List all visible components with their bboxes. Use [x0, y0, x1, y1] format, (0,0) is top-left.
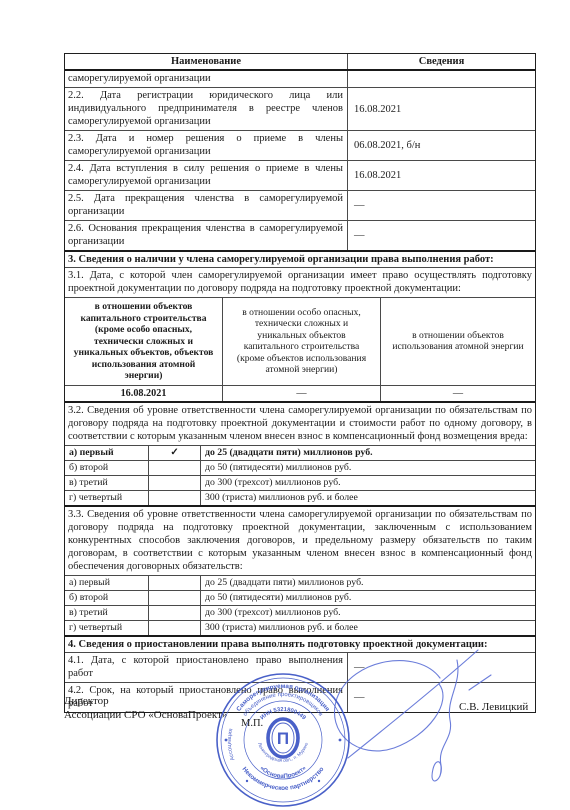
table-row: 2.2. Дата регистрации юридического лица …: [65, 87, 535, 130]
check-cell: [148, 621, 200, 635]
table-row: 2.3. Дата и номер решения о приеме в чле…: [65, 130, 535, 160]
document-page: Наименование Сведения саморегулируемой о…: [0, 0, 570, 810]
level-value: до 25 (двадцати пяти) миллионов руб.: [200, 446, 535, 460]
object-columns-value-row: 16.08.2021 — —: [65, 385, 535, 401]
row-label: 2.3. Дата и номер решения о приеме в чле…: [65, 131, 347, 160]
table-row: 2.5. Дата прекращения членства в саморег…: [65, 190, 535, 220]
check-cell: [148, 606, 200, 620]
signer-name: С.В. Левицкий: [459, 701, 528, 713]
row-value: 16.08.2021: [347, 88, 535, 130]
paragraph-3-2: 3.2. Сведения об уровне ответственности …: [65, 403, 535, 445]
svg-text:«ОсноваПроект»: «ОсноваПроект»: [258, 764, 308, 780]
row-label: 2.6. Основания прекращения членства в са…: [65, 221, 347, 250]
object-column-header: в отношении особо опасных, технически сл…: [222, 298, 380, 385]
row-label: 2.5. Дата прекращения членства в саморег…: [65, 191, 347, 220]
object-column-value: —: [222, 386, 380, 401]
liability-level-row: б) второй до 50 (пятидесяти) миллионов р…: [65, 590, 535, 605]
row-value: 06.08.2021, б/н: [347, 131, 535, 160]
director-title: Директор: [64, 694, 109, 708]
section-3-title: 3. Сведения о наличии у члена саморегули…: [65, 252, 535, 267]
liability-level-row: г) четвертый 300 (триста) миллионов руб.…: [65, 620, 535, 635]
liability-level-row: б) второй до 50 (пятидесяти) миллионов р…: [65, 460, 535, 475]
check-cell: [148, 591, 200, 605]
liability-level-row: а) первый до 25 (двадцати пяти) миллионо…: [65, 575, 535, 590]
stamp-center-letter: П: [277, 729, 289, 748]
check-cell: [148, 491, 200, 505]
object-column-value: —: [380, 386, 535, 401]
stamp-ring-left-text: Ассоциация: [227, 728, 237, 761]
stamp-org-text: «ОсноваПроект»: [258, 764, 308, 780]
level-label: г) четвертый: [65, 621, 148, 635]
level-label: б) второй: [65, 591, 148, 605]
object-column-header: в отношении объектов использования атомн…: [380, 298, 535, 385]
paragraph-3-3: 3.3. Сведения об уровне ответственности …: [65, 507, 535, 575]
level-value: до 300 (трехсот) миллионов руб.: [200, 476, 535, 490]
level-label: а) первый: [65, 446, 148, 460]
paragraph-3-3-row: 3.3. Сведения об уровне ответственности …: [65, 505, 535, 575]
liability-level-row: а) первый ✓ до 25 (двадцати пяти) миллио…: [65, 445, 535, 460]
check-cell: [148, 476, 200, 490]
row-label: 2.2. Дата регистрации юридического лица …: [65, 88, 347, 130]
level-label: в) третий: [65, 476, 148, 490]
seal-place-mark: М.П.: [241, 718, 263, 729]
registry-table: Наименование Сведения саморегулируемой о…: [64, 53, 536, 713]
level-label: г) четвертый: [65, 491, 148, 505]
check-cell: [148, 576, 200, 590]
row-value: —: [347, 191, 535, 220]
object-column-value: 16.08.2021: [65, 386, 222, 401]
liability-level-row: в) третий до 300 (трехсот) миллионов руб…: [65, 475, 535, 490]
paragraph-3-1-row: 3.1. Дата, с которой член саморегулируем…: [65, 267, 535, 297]
liability-level-row: г) четвертый 300 (триста) миллионов руб.…: [65, 490, 535, 505]
row-value: 16.08.2021: [347, 161, 535, 190]
level-value: 300 (триста) миллионов руб. и более: [200, 621, 535, 635]
paragraph-3-2-row: 3.2. Сведения об уровне ответственности …: [65, 401, 535, 445]
svg-text:Ассоциация: Ассоциация: [227, 728, 237, 761]
table-row: саморегулируемой организации: [65, 69, 535, 87]
level-label: а) первый: [65, 576, 148, 590]
level-value: до 50 (пятидесяти) миллионов руб.: [200, 461, 535, 475]
level-value: до 25 (двадцати пяти) миллионов руб.: [200, 576, 535, 590]
liability-level-row: в) третий до 300 (трехсот) миллионов руб…: [65, 605, 535, 620]
column-header-name: Наименование: [65, 54, 347, 69]
checkmark-icon: ✓: [148, 446, 200, 460]
object-columns-header-row: в отношении объектов капитального строит…: [65, 297, 535, 385]
row-value: [347, 71, 535, 87]
level-value: 300 (триста) миллионов руб. и более: [200, 491, 535, 505]
level-label: б) второй: [65, 461, 148, 475]
object-column-header: в отношении объектов капитального строит…: [65, 298, 222, 385]
paragraph-3-1: 3.1. Дата, с которой член саморегулируем…: [65, 268, 535, 297]
table-header-row: Наименование Сведения: [65, 54, 535, 69]
level-value: до 300 (трехсот) миллионов руб.: [200, 606, 535, 620]
section-3-title-row: 3. Сведения о наличии у члена саморегули…: [65, 250, 535, 267]
organization-stamp: Саморегулируемая организация объединение…: [214, 671, 352, 809]
table-row: 2.4. Дата вступления в силу решения о пр…: [65, 160, 535, 190]
organization-name: Ассоциации СРО «ОсноваПроект»: [64, 708, 227, 722]
row-label: 2.4. Дата вступления в силу решения о пр…: [65, 161, 347, 190]
level-value: до 50 (пятидесяти) миллионов руб.: [200, 591, 535, 605]
level-label: в) третий: [65, 606, 148, 620]
check-cell: [148, 461, 200, 475]
table-row: 2.6. Основания прекращения членства в са…: [65, 220, 535, 250]
row-value: —: [347, 221, 535, 250]
row-label: саморегулируемой организации: [65, 71, 347, 87]
column-header-info: Сведения: [347, 54, 535, 69]
